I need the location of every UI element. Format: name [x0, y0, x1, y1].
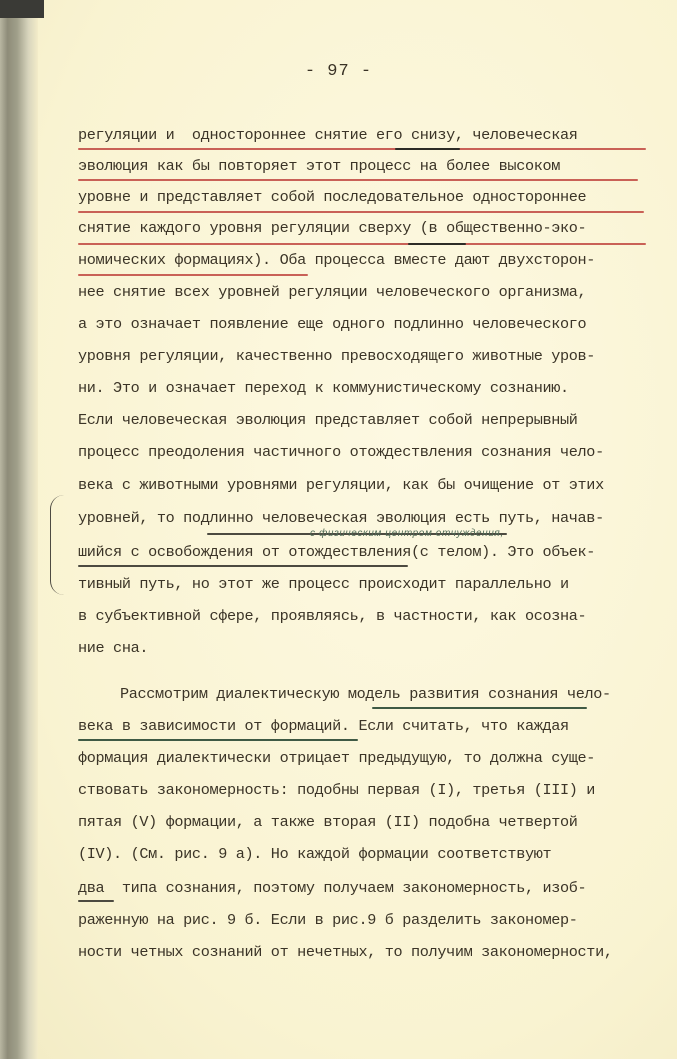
- text-line: шийся с освобождения от отождествления(с…: [78, 542, 595, 562]
- text-line: ности четных сознаний от нечетных, то по…: [78, 942, 613, 962]
- pen-underline: [78, 900, 114, 902]
- text-line: пятая (V) формации, а также вторая (II) …: [78, 812, 578, 832]
- text-line: раженную на рис. 9 б. Если в рис.9 б раз…: [78, 910, 578, 930]
- red-underline: [78, 179, 638, 181]
- text-line: Рассмотрим диалектическую модель развити…: [120, 684, 611, 704]
- dark-underline: [395, 148, 460, 150]
- text-line: века с животными уровнями регуляции, как…: [78, 475, 604, 495]
- red-underline: [78, 211, 644, 213]
- text-line: века в зависимости от формаций. Если счи…: [78, 716, 569, 736]
- text-line: в субъективной сфере, проявляясь, в част…: [78, 606, 586, 626]
- text-line: а это означает появление еще одного подл…: [78, 314, 586, 334]
- text-line: (IV). (См. рис. 9 а). Но каждой формации…: [78, 844, 551, 864]
- text-line: Если человеческая эволюция представляет …: [78, 410, 578, 430]
- text-line: снятие каждого уровня регуляции сверху (…: [78, 218, 586, 238]
- margin-bracket: [50, 495, 65, 595]
- text-line: регуляции и одностороннее снятие его сни…: [78, 125, 578, 145]
- pen-underline: [78, 565, 408, 567]
- scan-dark-corner: [0, 0, 44, 18]
- handwritten-annotation: с физическим центром отчуждения,: [310, 528, 504, 539]
- red-underline: [78, 243, 646, 245]
- text-line: ствовать закономерность: подобны первая …: [78, 780, 595, 800]
- text-line: эволюция как бы повторяет этот процесс н…: [78, 156, 560, 176]
- page-number: - 97 -: [0, 62, 677, 81]
- text-line: два типа сознания, поэтому получаем зако…: [78, 878, 586, 898]
- text-line: уровня регуляции, качественно превосходя…: [78, 346, 595, 366]
- red-underline: [78, 148, 646, 150]
- text-line: процесс преодоления частичного отождеств…: [78, 442, 604, 462]
- red-underline: [78, 274, 308, 276]
- dark-underline: [408, 243, 466, 245]
- text-line: нее снятие всех уровней регуляции челове…: [78, 282, 586, 302]
- text-line: формация диалектически отрицает предыдущ…: [78, 748, 595, 768]
- text-line: тивный путь, но этот же процесс происход…: [78, 574, 569, 594]
- green-underline: [78, 739, 358, 741]
- binding-edge: [0, 0, 38, 1059]
- text-line: ни. Это и означает переход к коммунистич…: [78, 378, 569, 398]
- text-line: номических формациях). Оба процесса вмес…: [78, 250, 595, 270]
- text-line: ние сна.: [78, 638, 148, 658]
- text-line: уровней, то подлинно человеческая эволюц…: [78, 508, 604, 528]
- green-underline: [372, 707, 587, 709]
- text-line: уровне и представляет собой последовател…: [78, 187, 586, 207]
